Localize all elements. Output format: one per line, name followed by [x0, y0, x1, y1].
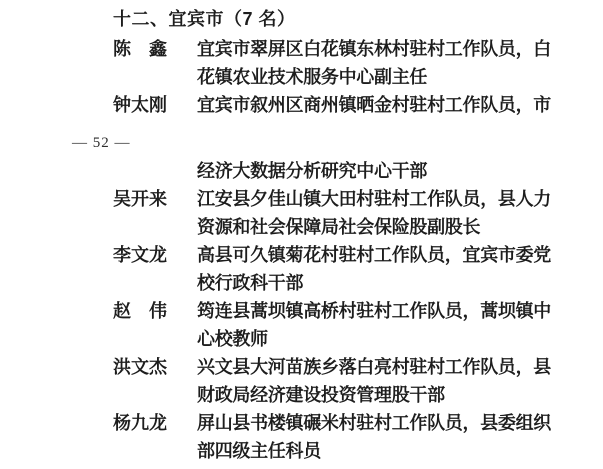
entry-name: 赵 伟 — [113, 297, 197, 325]
entry-line: 钟太刚 宜宾市叙州区商州镇晒金村驻村工作队员，市 — [113, 91, 567, 119]
entry-text: 花镇农业技术服务中心副主任 — [197, 63, 567, 91]
entry-line: 财政局经济建设投资管理股干部 — [113, 381, 567, 409]
document-page: 十二、宜宾市（7 名） 陈 鑫 宜宾市翠屏区白花镇东林村驻村工作队员，白 花镇农… — [0, 0, 603, 469]
entry-text: 资源和社会保障局社会保险股副股长 — [197, 213, 567, 241]
entry-line: 校行政科干部 — [113, 269, 567, 297]
entry-text: 财政局经济建设投资管理股干部 — [197, 381, 567, 409]
entry-line: 赵 伟 筠连县蒿坝镇高桥村驻村工作队员，蒿坝镇中 — [113, 297, 567, 325]
entry-text: 兴文县大河苗族乡落白亮村驻村工作队员，县 — [197, 353, 567, 381]
entry-name: 洪文杰 — [113, 353, 197, 381]
entry-text: 部四级主任科员 — [197, 437, 567, 465]
entry-text: 心校教师 — [197, 325, 567, 353]
entry-line: 杨九龙 屏山县书楼镇碾米村驻村工作队员，县委组织 — [113, 409, 567, 437]
entries-before-page-break: 陈 鑫 宜宾市翠屏区白花镇东林村驻村工作队员，白 花镇农业技术服务中心副主任 钟… — [0, 35, 603, 153]
section-heading: 十二、宜宾市（7 名） — [0, 0, 603, 30]
entry-line: 李文龙 高县可久镇菊花村驻村工作队员，宜宾市委党 — [113, 241, 567, 269]
entry-name: 陈 鑫 — [113, 35, 197, 63]
entry-line: 花镇农业技术服务中心副主任 — [113, 63, 567, 91]
page-number: — 52 — — [72, 133, 567, 153]
entry-name: 李文龙 — [113, 241, 197, 269]
entry-name: 吴开来 — [113, 185, 197, 213]
entry-text: 高县可久镇菊花村驻村工作队员，宜宾市委党 — [197, 241, 567, 269]
entry-line: 洪文杰 兴文县大河苗族乡落白亮村驻村工作队员，县 — [113, 353, 567, 381]
entry-text: 筠连县蒿坝镇高桥村驻村工作队员，蒿坝镇中 — [197, 297, 567, 325]
entry-text: 校行政科干部 — [197, 269, 567, 297]
entries-after-page-break: 经济大数据分析研究中心干部 吴开来 江安县夕佳山镇大田村驻村工作队员，县人力 资… — [0, 157, 603, 465]
entry-line: 资源和社会保障局社会保险股副股长 — [113, 213, 567, 241]
entry-text: 屏山县书楼镇碾米村驻村工作队员，县委组织 — [197, 409, 567, 437]
entry-name: 杨九龙 — [113, 409, 197, 437]
entry-line: 陈 鑫 宜宾市翠屏区白花镇东林村驻村工作队员，白 — [113, 35, 567, 63]
entry-line: 部四级主任科员 — [113, 437, 567, 465]
entry-text: 宜宾市叙州区商州镇晒金村驻村工作队员，市 — [197, 91, 567, 119]
entry-text: 江安县夕佳山镇大田村驻村工作队员，县人力 — [197, 185, 567, 213]
entry-text: 宜宾市翠屏区白花镇东林村驻村工作队员，白 — [197, 35, 567, 63]
entry-line: 经济大数据分析研究中心干部 — [113, 157, 567, 185]
entry-name: 钟太刚 — [113, 91, 197, 119]
entry-line: 吴开来 江安县夕佳山镇大田村驻村工作队员，县人力 — [113, 185, 567, 213]
entry-text: 经济大数据分析研究中心干部 — [197, 157, 567, 185]
entry-line: 心校教师 — [113, 325, 567, 353]
